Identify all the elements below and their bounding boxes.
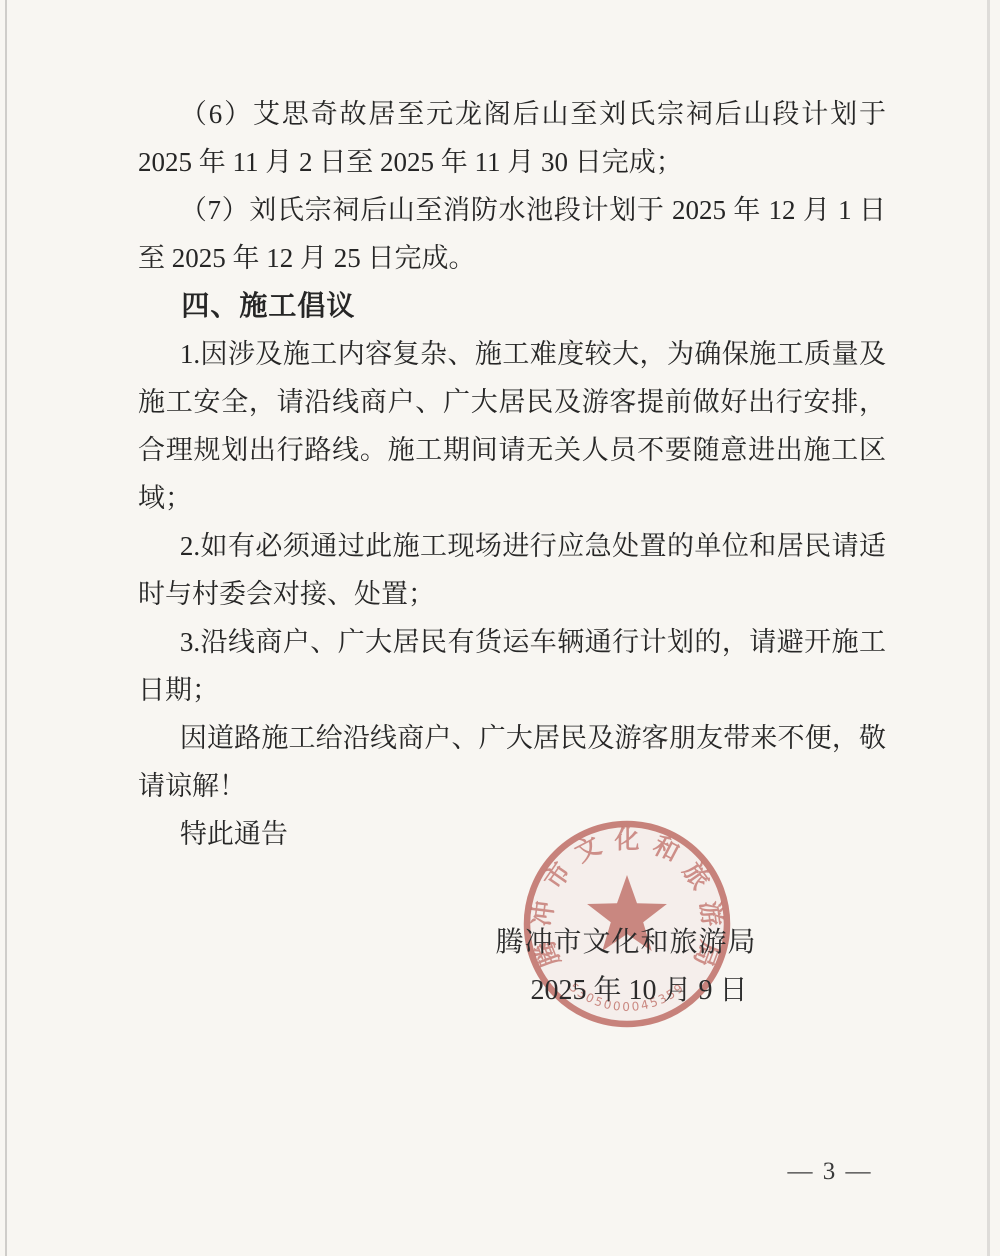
signature-agency: 腾冲市文化和旅游局 bbox=[495, 920, 756, 960]
apology-paragraph: 因道路施工给沿线商户、广大居民及游客朋友带来不便，敬请谅解！ bbox=[138, 714, 886, 810]
proposal-item-1: 1.因涉及施工内容复杂、施工难度较大，为确保施工质量及施工安全，请沿线商户、广大… bbox=[138, 330, 886, 522]
section-heading: 四、施工倡议 bbox=[138, 282, 886, 330]
document-page: （6）艾思奇故居至元龙阁后山至刘氏宗祠后山段计划于 2025 年 11 月 2 … bbox=[0, 0, 1000, 1256]
schedule-item-6: （6）艾思奇故居至元龙阁后山至刘氏宗祠后山段计划于 2025 年 11 月 2 … bbox=[138, 90, 886, 186]
page-left-edge bbox=[5, 0, 7, 1256]
signature-date: 2025 年 10 月 9 日 bbox=[530, 968, 747, 1008]
proposal-item-3: 3.沿线商户、广大居民有货运车辆通行计划的，请避开施工日期； bbox=[138, 618, 886, 714]
schedule-item-7: （7）刘氏宗祠后山至消防水池段计划于 2025 年 12 月 1 日至 2025… bbox=[138, 186, 886, 282]
proposal-item-2: 2.如有必须通过此施工现场进行应急处置的单位和居民请适时与村委会对接、处置； bbox=[138, 522, 886, 618]
notice-body: （6）艾思奇故居至元龙阁后山至刘氏宗祠后山段计划于 2025 年 11 月 2 … bbox=[138, 90, 886, 858]
page-right-edge bbox=[987, 0, 990, 1256]
page-number: — 3 — bbox=[788, 1158, 873, 1186]
